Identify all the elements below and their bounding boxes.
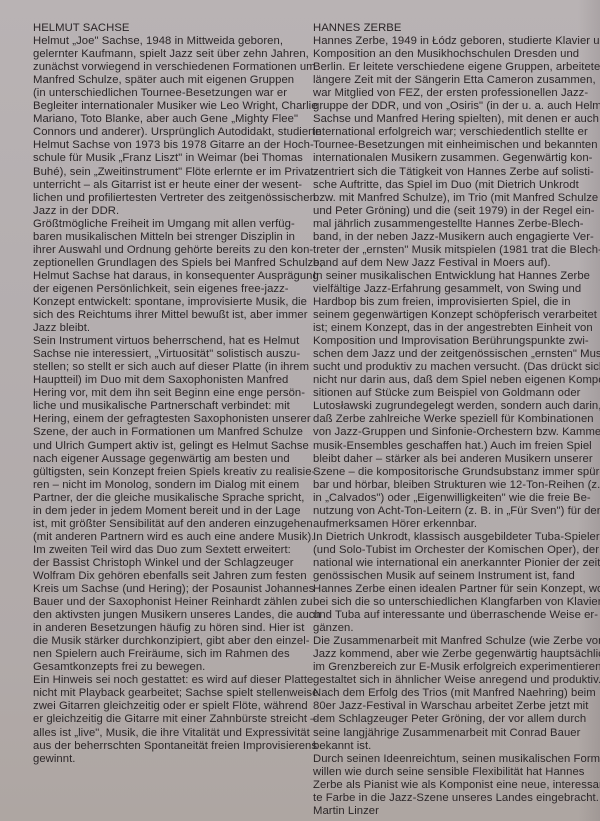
text-line: schen dem Jazz und der zeitgenössischen … <box>313 348 591 361</box>
text-line: ist; einem Konzept, das in der angestreb… <box>313 322 591 335</box>
text-line: alles ist „live", Musik, die ihre Vitali… <box>33 727 301 740</box>
text-line: Connors und anderer). Ursprünglich Autod… <box>33 126 301 139</box>
text-line: Jazz bleibt. <box>33 322 301 335</box>
text-line: in „Calvados") oder „Eigenwilligkeiten" … <box>313 492 591 505</box>
text-line: In seiner musikalischen Entwicklung hat … <box>313 270 591 283</box>
text-line: bar und hörbar, bleiben Strukturen wie 1… <box>313 479 591 492</box>
text-line: nicht nur darin aus, daß dem Spiel neben… <box>313 374 591 387</box>
text-line: ist, mit größter Sensibilität auf den an… <box>33 518 301 531</box>
text-line: und Tuba auf interessante und überrasche… <box>313 609 591 622</box>
text-line: sitionen auf Stücke zum Beispiel von Gol… <box>313 387 591 400</box>
text-line: von Jazz-Gruppen und Sinfonie-Orchestern… <box>313 426 591 439</box>
text-line: Tournee-Besetzungen mit einheimischen un… <box>313 139 591 152</box>
text-line: band, in der neben Jazz-Musikern auch en… <box>313 231 591 244</box>
text-line: ren – nicht im Monolog, sondern im Dialo… <box>33 479 301 492</box>
text-line: Partner, der die gleiche musikalische Sp… <box>33 492 301 505</box>
text-line: gruppe der DDR, und von „Osiris" (in der… <box>313 100 591 113</box>
text-line: zeptionellen Grundlagen des Spiels bei M… <box>33 257 301 270</box>
text-line: aus der beherrschten Spontaneität freien… <box>33 740 301 753</box>
text-line: und Ulrich Gumpert aktiv ist, gelingt es… <box>33 440 301 453</box>
text-line: Szene – die kompositorische Grundsubstan… <box>313 466 591 479</box>
text-line: Im zweiten Teil wird das Duo zum Sextett… <box>33 544 301 557</box>
text-line: gültigsten, sein Konzept freien Spiels k… <box>33 466 301 479</box>
text-line: schule für Musik „Franz Liszt" in Weimar… <box>33 152 301 165</box>
text-line: Sachse und Manfred Hering spielten), mit… <box>313 113 591 126</box>
text-line: sucht und produktiv zu machen versucht. … <box>313 361 591 374</box>
text-line: Sachse nie interessiert, „Virtuosität" s… <box>33 348 301 361</box>
text-line: bei sich die so unterschiedlichen Klangf… <box>313 596 591 609</box>
text-line: Konzept entwickelt: spontane, improvisie… <box>33 296 301 309</box>
text-line: Jazz in der DDR. <box>33 205 301 218</box>
text-line: internationalen Musikern zusammen. Gegen… <box>313 152 591 165</box>
text-line: nicht mit Playback gearbeitet; Sachse sp… <box>33 687 301 700</box>
text-line: sche Auftritte, das Spiel im Duo (mit Di… <box>313 179 591 192</box>
text-line: te Farbe in die Jazz-Szene unseres Lande… <box>313 792 591 805</box>
text-line: unterricht – als Gitarrist ist er heute … <box>33 179 301 192</box>
text-line: Hering vor, mit dem ihn seit Beginn eine… <box>33 387 301 400</box>
text-line: den aktivsten jungen Musikern unseres La… <box>33 609 301 622</box>
text-line: Durch seinen Ideenreichtum, seinen musik… <box>313 753 591 766</box>
text-line: Größtmögliche Freiheit im Umgang mit all… <box>33 218 301 231</box>
text-line: Sein Instrument virtuos beherrschend, ha… <box>33 335 301 348</box>
text-line: sich des Reichtums ihrer Mittel bewußt i… <box>33 309 301 322</box>
text-line: (in unterschiedlichen Tournee-Besetzunge… <box>33 87 301 100</box>
text-line: Kreis um Sachse (und Hering); der Posaun… <box>33 583 301 596</box>
text-line: Buhé), sein „Zweitinstrument" Flöte erle… <box>33 166 301 179</box>
text-line: Manfred Schulze, später auch mit eigenen… <box>33 74 301 87</box>
author-signature: Martin Linzer <box>313 805 591 818</box>
text-line: international erfolgreich war; verschied… <box>313 126 591 139</box>
text-line: In Dietrich Unkrodt, klassisch ausgebild… <box>313 531 591 544</box>
text-line: Helmut Sachse hat daraus, in konsequente… <box>33 270 301 283</box>
text-line: lichen und profiliertesten Vertreter des… <box>33 192 301 205</box>
text-line: Komposition und Improvisation Berührungs… <box>313 335 591 348</box>
text-line: (mit anderen Partnern wird es auch eine … <box>33 531 301 544</box>
text-line: bekannt ist. <box>313 740 591 753</box>
text-line: Lutosławski zugrundegelegt werden, sonde… <box>313 400 591 413</box>
text-line: liche und musikalische Partnerschaft ver… <box>33 400 301 413</box>
text-line: aufmerksamen Hörer erkennbar. <box>313 518 591 531</box>
text-line: gestaltet sich in ähnlicher Weise anrege… <box>313 674 591 687</box>
text-line: längere Zeit mit der Sängerin Etta Camer… <box>313 74 591 87</box>
text-line: daß Zerbe zahlreiche Werke speziell für … <box>313 413 591 426</box>
text-line: seine langjährige Zusammenarbeit mit Con… <box>313 727 591 740</box>
text-line: vielfältige Jazz-Erfahrung gesammelt, vo… <box>313 283 591 296</box>
text-line: Hannes Zerbe einen idealen Partner für s… <box>313 583 591 596</box>
text-line: im Grenzbereich zur E-Musik erfolgreich … <box>313 661 591 674</box>
text-line: 80er Jazz-Festival in Warschau arbeitet … <box>313 700 591 713</box>
text-line: nach eigener Aussage gegenwärtig am best… <box>33 453 301 466</box>
text-line: Die Zusammenarbeit mit Manfred Schulze (… <box>313 635 591 648</box>
text-line: Nach dem Erfolg des Trios (mit Manfred N… <box>313 687 591 700</box>
column-hannes-zerbe: HANNES ZERBE Hannes Zerbe, 1949 in Łódz … <box>313 22 591 818</box>
text-line: musik-Ensembles geschaffen hat.) Auch im… <box>313 440 591 453</box>
column-helmut-sachse: HELMUT SACHSE Helmut „Joe" Sachse, 1948 … <box>33 22 301 766</box>
text-line: in dem jeder in jedem Moment bereit und … <box>33 505 301 518</box>
text-line: Zerbe als Pianist wie als Komponist eine… <box>313 779 591 792</box>
text-line: bleibt daher – stärker als bei anderen M… <box>313 453 591 466</box>
text-line: nen Spielern auch Freiräume, sich im Rah… <box>33 648 301 661</box>
text-line: in anderen Besetzungen häufig zu hören s… <box>33 622 301 635</box>
text-line: bzw. mit Manfred Schulze), im Trio (mit … <box>313 192 591 205</box>
text-line: baren musikalischen Mitteln bei strenger… <box>33 231 301 244</box>
text-line: Bauer und der Saxophonist Heiner Reinhar… <box>33 596 301 609</box>
text-line: die Musik stärker durchkonzipiert, gibt … <box>33 635 301 648</box>
text-line: Komposition an den Musikhochschulen Dres… <box>313 48 591 61</box>
biography-text-helmut-sachse: Helmut „Joe" Sachse, 1948 in Mittweida g… <box>33 35 301 766</box>
section-heading-hannes-zerbe: HANNES ZERBE <box>313 22 591 35</box>
biography-text-hannes-zerbe: Hannes Zerbe, 1949 in Łódz geboren, stud… <box>313 35 591 805</box>
text-line: ihrer Auswahl und Ordnung gehörte bereit… <box>33 244 301 257</box>
text-line: Ein Hinweis sei noch gestattet: es wird … <box>33 674 301 687</box>
text-line: Hering, einem der gefragtesten Saxophoni… <box>33 413 301 426</box>
text-line: der eigenen Persönlichkeit, sein eigenes… <box>33 283 301 296</box>
text-line: Gesamtkonzepts frei zu bewegen. <box>33 661 301 674</box>
text-line: Helmut Sachse von 1973 bis 1978 Gitarre … <box>33 139 301 152</box>
text-line: Szene, der auch in Formationen um Manfre… <box>33 426 301 439</box>
text-line: Wolfram Dix gehören ebenfalls seit Jahre… <box>33 570 301 583</box>
text-line: Hauptteil) im Duo mit dem Saxophonisten … <box>33 374 301 387</box>
text-line: gewinnt. <box>33 753 301 766</box>
text-line: Berlin. Er leitete verschiedene eigene G… <box>313 61 591 74</box>
text-line: der Bassist Christoph Winkel und der Sch… <box>33 557 301 570</box>
text-line: Helmut „Joe" Sachse, 1948 in Mittweida g… <box>33 35 301 48</box>
text-line: Begleiter internationaler Musiker wie Le… <box>33 100 301 113</box>
text-line: zunächst vorwiegend in verschiedenen For… <box>33 61 301 74</box>
text-line: gelernter Kaufmann, spielt Jazz seit übe… <box>33 48 301 61</box>
text-line: Mariano, Toto Blanke, aber auch Gene „Mi… <box>33 113 301 126</box>
text-line: stellen; so stellt er sich auch auf dies… <box>33 361 301 374</box>
text-line: (und Solo-Tubist im Orchester der Komisc… <box>313 544 591 557</box>
text-line: zentriert sich die Tätigkeit von Hannes … <box>313 166 591 179</box>
text-line: national wie international ein anerkannt… <box>313 557 591 570</box>
text-line: und Peter Gröning) und die (seit 1979) i… <box>313 205 591 218</box>
text-line: nutzung von Acht-Ton-Leitern (z. B. in „… <box>313 505 591 518</box>
text-line: Hardbop bis zum freien, improvisierten S… <box>313 296 591 309</box>
text-line: mal jährlich zusammengestellte Hannes Ze… <box>313 218 591 231</box>
text-line: Jazz kommend, aber wie Zerbe gegenwärtig… <box>313 648 591 661</box>
text-line: gänzen. <box>313 622 591 635</box>
text-line: dem Schlagzeuger Peter Gröning, der vor … <box>313 713 591 726</box>
text-line: genössischen Musik auf seinem Instrument… <box>313 570 591 583</box>
text-line: seinem gegenwärtigen Konzept schöpferisc… <box>313 309 591 322</box>
text-line: er gleichzeitig die Gitarre mit einer Za… <box>33 713 301 726</box>
text-line: war Mitglied von FEZ, der ersten profess… <box>313 87 591 100</box>
text-line: treter der „ernsten" Musik mitspielen (1… <box>313 244 591 257</box>
text-line: zwei Gitarren gleichzeitig oder er spiel… <box>33 700 301 713</box>
text-line: willen wie durch seine sensible Flexibil… <box>313 766 591 779</box>
text-line: band auf dem New Jazz Festival in Moers … <box>313 257 591 270</box>
text-line: Hannes Zerbe, 1949 in Łódz geboren, stud… <box>313 35 591 48</box>
section-heading-helmut-sachse: HELMUT SACHSE <box>33 22 301 35</box>
